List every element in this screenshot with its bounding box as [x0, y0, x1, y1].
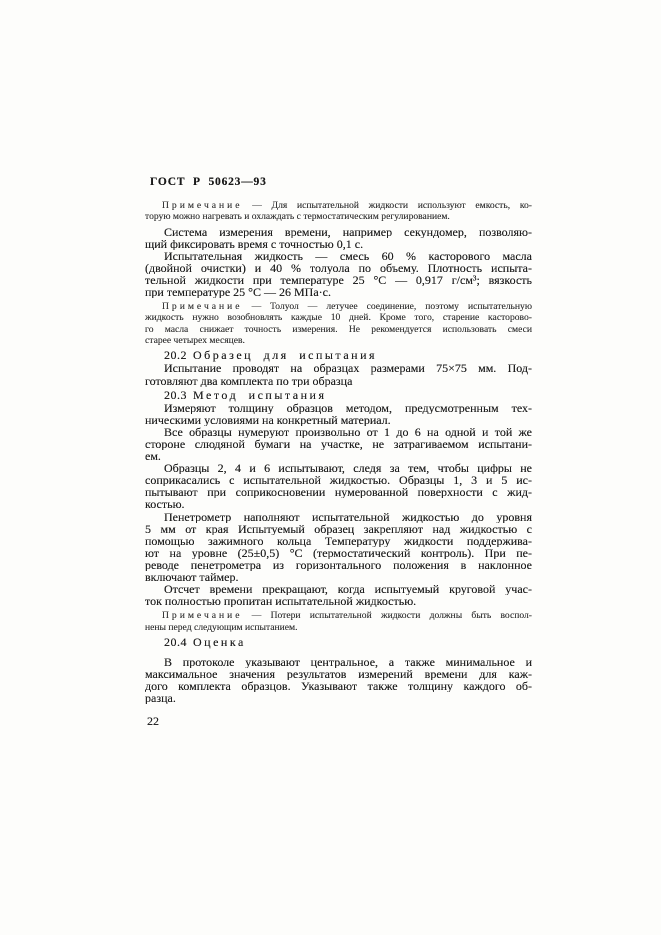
- section-number: 20.3: [164, 388, 187, 402]
- text-line: старее четырех месяцев.: [145, 335, 532, 346]
- text-line: Примечание — Для испытательной жидкости …: [145, 200, 532, 211]
- text-line: Пенетрометр наполняют испытательной жидк…: [145, 511, 532, 523]
- section-number: 20.4: [164, 635, 187, 649]
- body-paragraph: Образцы 2, 4 и 6 испытывают, следя за те…: [145, 462, 532, 510]
- text-line: Примечание — Потери испытательной жидкос…: [145, 610, 532, 621]
- text-line: тельной жидкости при температуре 25 °C —…: [145, 274, 532, 286]
- text-line: Измеряют толщину образцов методом, преду…: [145, 402, 532, 414]
- text-line: Испытательная жидкость — смесь 60 % каст…: [145, 250, 532, 262]
- section-heading: 20.3Метод испытания: [145, 389, 532, 401]
- body-paragraph: Измеряют толщину образцов методом, преду…: [145, 402, 532, 426]
- text-line: торую можно нагревать и охлаждать с терм…: [145, 211, 532, 222]
- text-line: В протоколе указывают центральное, а так…: [145, 656, 532, 668]
- text-line: ническими условиями на конкретный матери…: [145, 414, 532, 426]
- section-heading: 20.2Образец для испытания: [145, 349, 532, 361]
- note-label: Примечание: [162, 610, 243, 621]
- text-line: (двойной очистки) и 40 % толуола по объе…: [145, 262, 532, 274]
- text-line: максимальное значения результатов измере…: [145, 668, 532, 680]
- text-line: Испытание проводят на образцах размерами…: [145, 362, 532, 374]
- section-number: 20.2: [164, 348, 187, 362]
- text-line: дого комплекта образцов. Указывают также…: [145, 680, 532, 692]
- text-line: соприкасались с испытательной жидкостью.…: [145, 474, 532, 486]
- text-line: реводе пенетрометра из горизонтального п…: [145, 559, 532, 571]
- text-line: ток полностью пропитан испытательной жид…: [145, 595, 532, 607]
- note-paragraph: Примечание — Толуол — летучее соединение…: [145, 301, 532, 346]
- document-body: Примечание — Для испытательной жидкости …: [145, 197, 532, 704]
- text-line: включают таймер.: [145, 571, 532, 583]
- text-line: разца.: [145, 692, 532, 704]
- section-title: Оценка: [193, 635, 246, 649]
- text-line: Отсчет времени прекращают, когда испытуе…: [145, 583, 532, 595]
- text-line: Система измерения времени, например секу…: [145, 226, 532, 238]
- text-line: стороне слюдяной бумаги на участке, не з…: [145, 438, 532, 450]
- text-line: костью.: [145, 498, 532, 510]
- body-paragraph: Испытательная жидкость — смесь 60 % каст…: [145, 250, 532, 298]
- text-line: 5 мм от края Испытуемый образец закрепля…: [145, 523, 532, 535]
- page-number: 22: [147, 714, 159, 729]
- document-page: ГОСТ Р 50623—93 Примечание — Для испытат…: [0, 0, 661, 935]
- running-header: ГОСТ Р 50623—93: [150, 176, 267, 188]
- text-line: Все образцы нумеруют произвольно от 1 до…: [145, 426, 532, 438]
- text-line: готовляют два комплекта по три образца: [145, 375, 532, 387]
- text-line: при температуре 25 °C — 26 МПа·с.: [145, 286, 532, 298]
- section-heading: 20.4Оценка: [145, 636, 532, 648]
- text-line: нены перед следующим испытанием.: [145, 622, 532, 633]
- text-line: помощью зажимного кольца Температуру жид…: [145, 535, 532, 547]
- text-line: пытывают при соприкосновении нумерованно…: [145, 486, 532, 498]
- section-title: Образец для испытания: [193, 348, 377, 362]
- note-label: Примечание: [162, 200, 243, 211]
- body-paragraph: Испытание проводят на образцах размерами…: [145, 362, 532, 386]
- body-paragraph: Отсчет времени прекращают, когда испытуе…: [145, 583, 532, 607]
- note-paragraph: Примечание — Потери испытательной жидкос…: [145, 610, 532, 633]
- section-title: Метод испытания: [193, 388, 327, 402]
- text-line: щий фиксировать время с точностью 0,1 с.: [145, 238, 532, 250]
- note-paragraph: Примечание — Для испытательной жидкости …: [145, 200, 532, 223]
- text-line: Примечание — Толуол — летучее соединение…: [145, 301, 532, 312]
- text-line: ем.: [145, 450, 532, 462]
- body-paragraph: Пенетрометр наполняют испытательной жидк…: [145, 511, 532, 584]
- body-paragraph: Все образцы нумеруют произвольно от 1 до…: [145, 426, 532, 462]
- body-paragraph: Система измерения времени, например секу…: [145, 226, 532, 250]
- text-line: жидкость нужно возобновлять каждые 10 дн…: [145, 312, 532, 323]
- body-paragraph: В протоколе указывают центральное, а так…: [145, 656, 532, 704]
- text-line: Образцы 2, 4 и 6 испытывают, следя за те…: [145, 462, 532, 474]
- note-label: Примечание: [162, 301, 243, 312]
- text-line: ют на уровне (25±0,5) °C (термостатическ…: [145, 547, 532, 559]
- text-line: го масла снижает точность измерения. Не …: [145, 324, 532, 335]
